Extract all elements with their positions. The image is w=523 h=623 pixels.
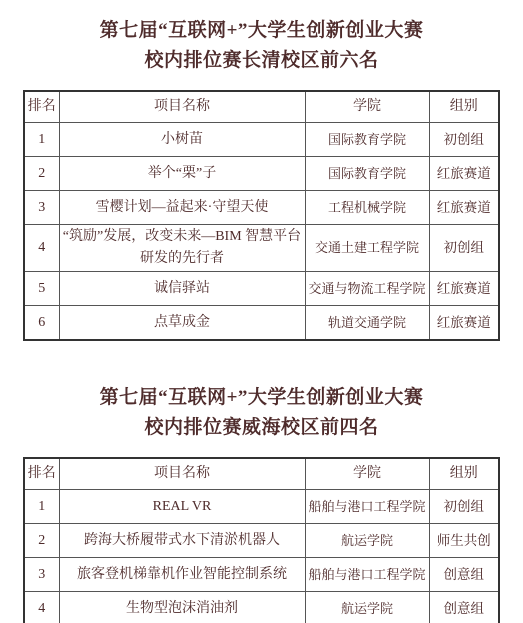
header-rank: 排名 [24,91,59,123]
cell-project: 雪樱计划—益起来·守望天使 [59,191,305,225]
cell-college: 航运学院 [305,592,429,623]
cell-group: 红旅赛道 [429,306,499,341]
table-row: 1 REAL VR 船舶与港口工程学院 初创组 [24,490,499,524]
header-college: 学院 [305,458,429,490]
cell-rank: 6 [24,306,59,341]
cell-project: 点草成金 [59,306,305,341]
cell-rank: 4 [24,225,59,272]
cell-project: 举个“栗”子 [59,157,305,191]
table-row: 2 跨海大桥履带式水下清淤机器人 航运学院 师生共创 [24,524,499,558]
cell-project: REAL VR [59,490,305,524]
cell-group: 初创组 [429,225,499,272]
header-college: 学院 [305,91,429,123]
document-page: 第七届“互联网+”大学生创新创业大赛 校内排位赛长清校区前六名 排名 项目名称 … [0,0,523,623]
cell-college: 国际教育学院 [305,157,429,191]
section2-title-line2: 校内排位赛威海校区前四名 [0,413,523,443]
header-group: 组别 [429,458,499,490]
cell-project: 旅客登机梯靠机作业智能控制系统 [59,558,305,592]
cell-group: 红旅赛道 [429,191,499,225]
cell-rank: 3 [24,191,59,225]
section1-title-line1: 第七届“互联网+”大学生创新创业大赛 [0,16,523,46]
table-row: 2 举个“栗”子 国际教育学院 红旅赛道 [24,157,499,191]
cell-group: 红旅赛道 [429,272,499,306]
header-group: 组别 [429,91,499,123]
cell-rank: 2 [24,524,59,558]
section1-title: 第七届“互联网+”大学生创新创业大赛 校内排位赛长清校区前六名 [0,16,523,76]
cell-college: 航运学院 [305,524,429,558]
section2-title: 第七届“互联网+”大学生创新创业大赛 校内排位赛威海校区前四名 [0,383,523,443]
cell-project: 诚信驿站 [59,272,305,306]
header-rank: 排名 [24,458,59,490]
cell-group: 师生共创 [429,524,499,558]
cell-college: 交通土建工程学院 [305,225,429,272]
cell-college: 工程机械学院 [305,191,429,225]
cell-college: 交通与物流工程学院 [305,272,429,306]
cell-project: 生物型泡沫消油剂 [59,592,305,623]
ranking-table-changqing: 排名 项目名称 学院 组别 1 小树苗 国际教育学院 初创组 2 举个“栗”子 … [23,90,500,341]
cell-group: 初创组 [429,123,499,157]
cell-group: 红旅赛道 [429,157,499,191]
cell-project: “筑励”发展，改变未来—BIM 智慧平台研发的先行者 [59,225,305,272]
cell-rank: 5 [24,272,59,306]
header-project: 项目名称 [59,91,305,123]
cell-college: 国际教育学院 [305,123,429,157]
table-row: 5 诚信驿站 交通与物流工程学院 红旅赛道 [24,272,499,306]
table-row: 4 “筑励”发展，改变未来—BIM 智慧平台研发的先行者 交通土建工程学院 初创… [24,225,499,272]
cell-rank: 3 [24,558,59,592]
cell-rank: 2 [24,157,59,191]
table-row: 3 雪樱计划—益起来·守望天使 工程机械学院 红旅赛道 [24,191,499,225]
table-header-row: 排名 项目名称 学院 组别 [24,458,499,490]
cell-college: 船舶与港口工程学院 [305,558,429,592]
ranking-table-weihai: 排名 项目名称 学院 组别 1 REAL VR 船舶与港口工程学院 初创组 2 … [23,457,500,623]
cell-college: 船舶与港口工程学院 [305,490,429,524]
section2-title-line1: 第七届“互联网+”大学生创新创业大赛 [0,383,523,413]
table-row: 1 小树苗 国际教育学院 初创组 [24,123,499,157]
cell-project: 跨海大桥履带式水下清淤机器人 [59,524,305,558]
table-row: 3 旅客登机梯靠机作业智能控制系统 船舶与港口工程学院 创意组 [24,558,499,592]
section1-title-line2: 校内排位赛长清校区前六名 [0,46,523,76]
cell-project: 小树苗 [59,123,305,157]
table-header-row: 排名 项目名称 学院 组别 [24,91,499,123]
cell-rank: 4 [24,592,59,623]
cell-group: 初创组 [429,490,499,524]
cell-group: 创意组 [429,592,499,623]
cell-group: 创意组 [429,558,499,592]
table-row: 4 生物型泡沫消油剂 航运学院 创意组 [24,592,499,623]
header-project: 项目名称 [59,458,305,490]
cell-college: 轨道交通学院 [305,306,429,341]
cell-rank: 1 [24,123,59,157]
cell-rank: 1 [24,490,59,524]
table-row: 6 点草成金 轨道交通学院 红旅赛道 [24,306,499,341]
